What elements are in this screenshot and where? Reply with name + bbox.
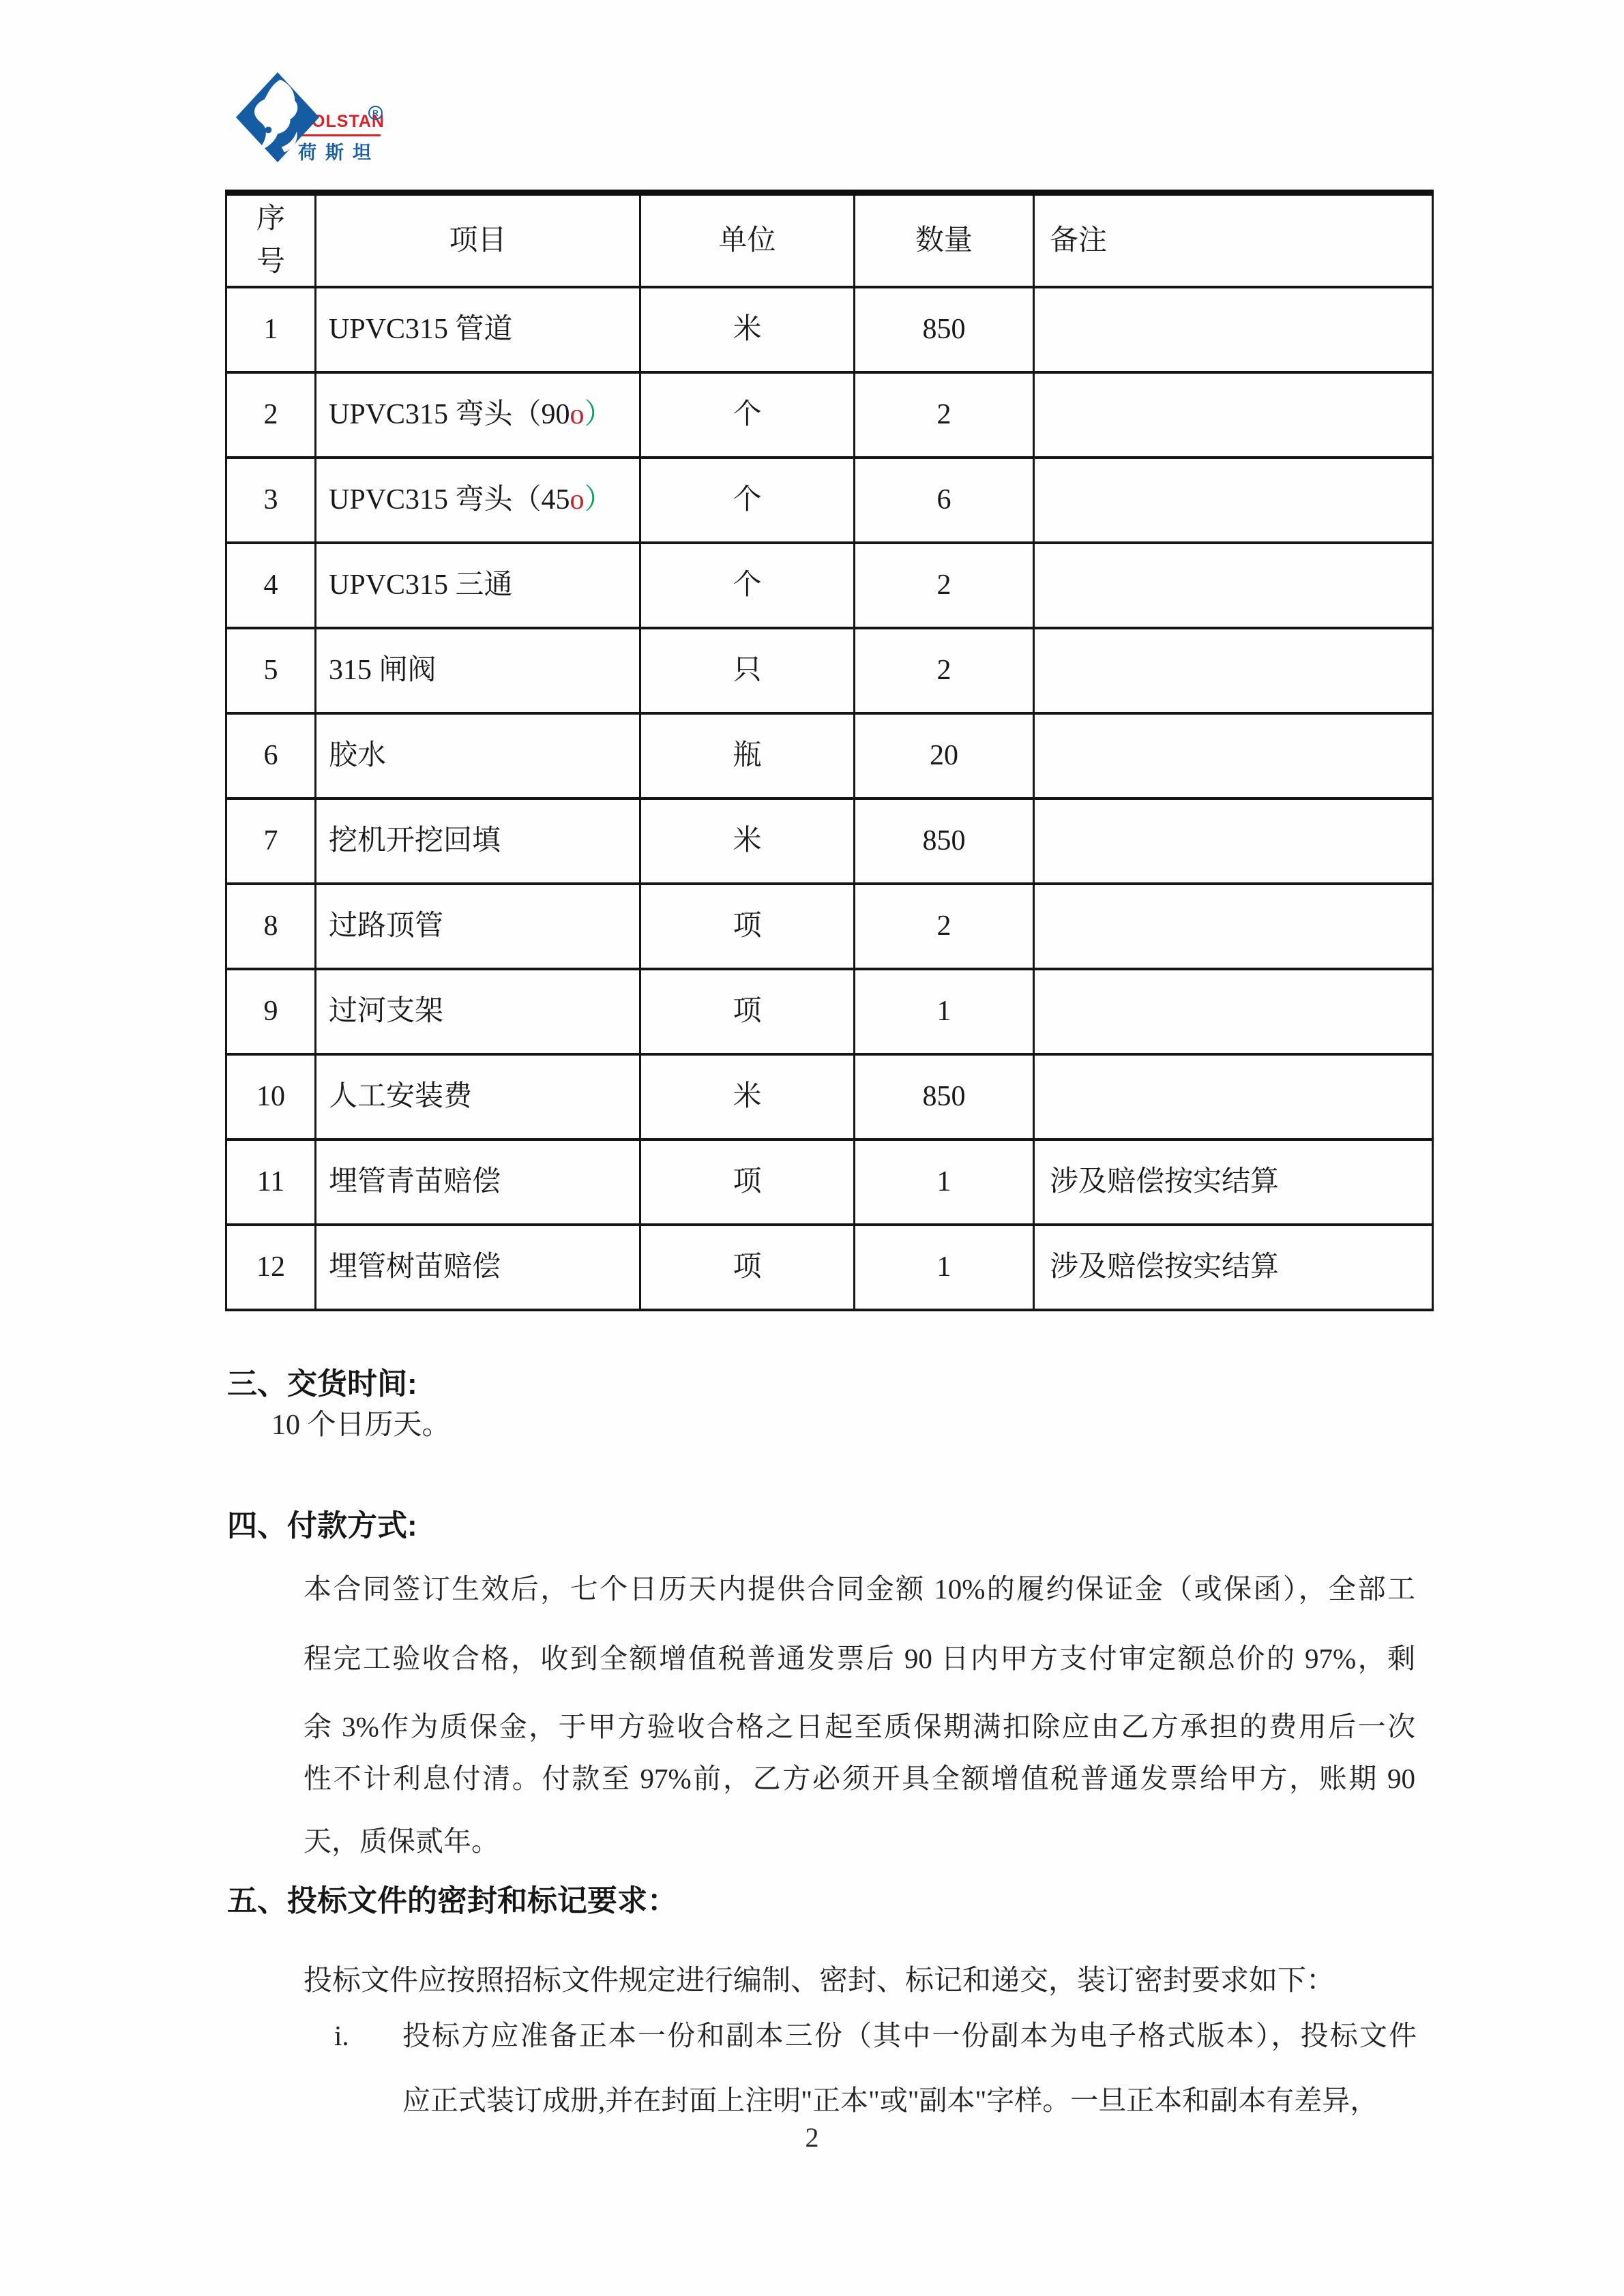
cell-unit: 个 (639, 459, 853, 541)
cell-unit: 项 (639, 1141, 853, 1223)
table-header-row: 序 号 项目 单位 数量 备注 (227, 196, 1432, 286)
cell-unit: 个 (639, 544, 853, 627)
cell-item: 过河支架 (314, 970, 639, 1053)
cell-qty: 1 (853, 1226, 1033, 1309)
cell-unit: 项 (639, 1226, 853, 1309)
table-row: 6 胶水 瓶 20 (227, 712, 1432, 797)
payment-paragraph-line: 余 3%作为质保金，于甲方验收合格之日起至质保期满扣除应由乙方承担的费用后一次 (304, 1707, 1415, 1746)
table-row: 10 人工安装费 米 850 (227, 1053, 1432, 1138)
table-row: 7 挖机开挖回填 米 850 (227, 797, 1432, 882)
cell-no: 3 (227, 459, 314, 541)
cell-note: 涉及赔偿按实结算 (1033, 1226, 1432, 1309)
cell-unit: 个 (639, 374, 853, 456)
cell-item: UPVC315 管道 (314, 288, 639, 371)
header-unit: 单位 (639, 196, 853, 286)
payment-paragraph-line: 本合同签订生效后，七个日历天内提供合同金额 10%的履约保证金（或保函），全部工 (304, 1569, 1415, 1609)
table-row: 1 UPVC315 管道 米 850 (227, 286, 1432, 371)
cell-qty: 850 (853, 1056, 1033, 1138)
cell-note (1033, 374, 1432, 456)
cell-unit: 项 (639, 970, 853, 1053)
section-3-body: 10 个日历天。 (271, 1405, 451, 1445)
table-row: 11 埋管青苗赔偿 项 1 涉及赔偿按实结算 (227, 1138, 1432, 1223)
cell-unit: 项 (639, 885, 853, 968)
cell-qty: 850 (853, 800, 1033, 882)
section-4-heading: 四、付款方式: (227, 1506, 417, 1546)
cell-note (1033, 885, 1432, 968)
cell-unit: 米 (639, 800, 853, 882)
cell-item: 埋管树苗赔偿 (314, 1226, 639, 1309)
cell-item: UPVC315 弯头（45o） (314, 459, 639, 541)
cell-note (1033, 715, 1432, 797)
cell-note (1033, 1056, 1432, 1138)
cell-qty: 1 (853, 970, 1033, 1053)
header-note: 备注 (1033, 196, 1432, 286)
cell-note: 涉及赔偿按实结算 (1033, 1141, 1432, 1223)
cell-note (1033, 544, 1432, 627)
registered-trademark-icon: R (368, 106, 383, 120)
table-row: 12 埋管树苗赔偿 项 1 涉及赔偿按实结算 (227, 1223, 1432, 1309)
cell-no: 7 (227, 800, 314, 882)
cell-note (1033, 970, 1432, 1053)
header-seq-line1: 序 (256, 198, 285, 241)
cell-no: 10 (227, 1056, 314, 1138)
document-page: HOLSTAN R 荷斯坦 序 号 项目 单位 数量 备注 1 UPVC315 … (0, 0, 1624, 2296)
cell-no: 6 (227, 715, 314, 797)
payment-paragraph-line: 天，质保贰年。 (304, 1821, 1415, 1861)
cell-qty: 1 (853, 1141, 1033, 1223)
cell-unit: 瓶 (639, 715, 853, 797)
cell-qty: 2 (853, 374, 1033, 456)
cell-qty: 2 (853, 885, 1033, 968)
list-item-marker: i. (334, 2016, 349, 2055)
cell-unit: 只 (639, 629, 853, 712)
cell-qty: 20 (853, 715, 1033, 797)
cell-no: 1 (227, 288, 314, 371)
cell-item: UPVC315 弯头（90o） (314, 374, 639, 456)
cell-item: UPVC315 三通 (314, 544, 639, 627)
table-row: 5 315 闸阀 只 2 (227, 627, 1432, 712)
table-row: 2 UPVC315 弯头（90o） 个 2 (227, 371, 1432, 456)
table-row: 4 UPVC315 三通 个 2 (227, 541, 1432, 627)
cell-qty: 850 (853, 288, 1033, 371)
payment-paragraph-line: 性不计利息付清。付款至 97%前，乙方必须开具全额增值税普通发票给甲方，账期 9… (304, 1759, 1415, 1798)
table-row: 9 过河支架 项 1 (227, 968, 1432, 1053)
cell-item: 过路顶管 (314, 885, 639, 968)
list-item-line: 应正式装订成册,并在封面上注明"正本"或"副本"字样。一旦正本和副本有差异， (402, 2081, 1417, 2120)
cell-no: 4 (227, 544, 314, 627)
cell-note (1033, 629, 1432, 712)
cell-item: 埋管青苗赔偿 (314, 1141, 639, 1223)
cell-item: 挖机开挖回填 (314, 800, 639, 882)
bill-of-quantities-table: 序 号 项目 单位 数量 备注 1 UPVC315 管道 米 850 2 UPV… (225, 190, 1434, 1311)
page-number: 2 (0, 2121, 1624, 2153)
header-item: 项目 (314, 196, 639, 286)
cell-no: 8 (227, 885, 314, 968)
cell-qty: 6 (853, 459, 1033, 541)
section-3-heading: 三、交货时间: (227, 1365, 417, 1404)
cell-no: 11 (227, 1141, 314, 1223)
section-5-heading: 五、投标文件的密封和标记要求： (227, 1881, 677, 1921)
header-seq-line2: 号 (256, 241, 285, 284)
cell-unit: 米 (639, 1056, 853, 1138)
header-seq-no: 序 号 (227, 196, 314, 286)
cell-note (1033, 800, 1432, 882)
list-item-line: 投标方应准备正本一份和副本三份（其中一份副本为电子格式版本），投标文件 (402, 2016, 1417, 2055)
section-5-intro: 投标文件应按照招标文件规定进行编制、密封、标记和递交，装订密封要求如下： (304, 1961, 1335, 2001)
cell-item: 人工安装费 (314, 1056, 639, 1138)
cell-no: 12 (227, 1226, 314, 1309)
cell-item: 胶水 (314, 715, 639, 797)
holstan-logo: HOLSTAN R 荷斯坦 (234, 68, 452, 170)
table-row: 8 过路顶管 项 2 (227, 882, 1432, 968)
cell-no: 5 (227, 629, 314, 712)
cell-qty: 2 (853, 544, 1033, 627)
cell-note (1033, 288, 1432, 371)
cell-no: 9 (227, 970, 314, 1053)
cell-note (1033, 459, 1432, 541)
payment-paragraph-line: 程完工验收合格，收到全额增值税普通发票后 90 日内甲方支付审定额总价的 97%… (304, 1639, 1415, 1678)
cell-item: 315 闸阀 (314, 629, 639, 712)
cell-qty: 2 (853, 629, 1033, 712)
cell-no: 2 (227, 374, 314, 456)
header-qty: 数量 (853, 196, 1033, 286)
table-row: 3 UPVC315 弯头（45o） 个 6 (227, 456, 1432, 541)
cell-unit: 米 (639, 288, 853, 371)
logo-cow-icon (234, 70, 321, 164)
